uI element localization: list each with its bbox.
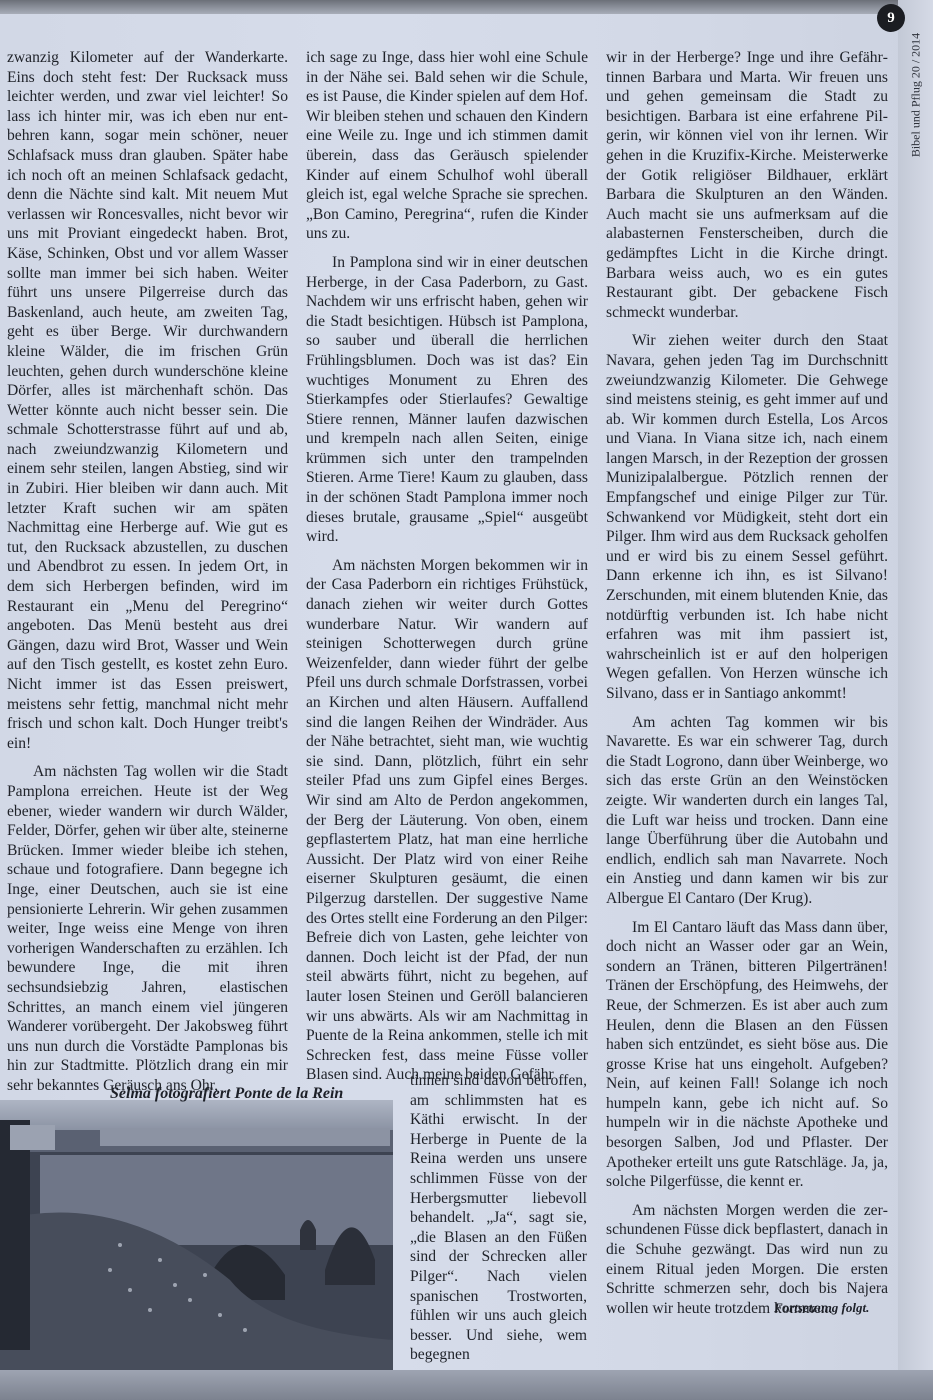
paragraph: ich sage zu Inge, dass hier wohl eine Sc… (306, 48, 588, 244)
column-2-wrapped-text: tinnen sind davon be­troffen, am schlimm… (410, 1071, 587, 1365)
bottom-shadow (0, 1370, 933, 1400)
running-title: Bibel und Pflug 20 / 2014 (906, 40, 926, 150)
paragraph: Wir ziehen weiter durch den Staat Navara… (606, 331, 888, 703)
column-3: wir in der Herberge? Inge und ihre Gefäh… (606, 48, 888, 1327)
paragraph: Am nächsten Morgen bekommen wir in der C… (306, 556, 588, 1085)
column-1: zwanzig Kilometer auf der Wanderkarte. E… (7, 48, 288, 1104)
page-edge-strip (898, 0, 933, 1400)
continued-note: Fortsetzung folgt. (774, 1300, 869, 1316)
paragraph: zwanzig Kilometer auf der Wanderkarte. E… (7, 48, 288, 753)
paragraph: Am achten Tag kommen wir bis Navarette. … (606, 713, 888, 909)
bridge-photo-image (0, 1100, 393, 1382)
page-number-badge: 9 (877, 4, 905, 32)
bridge-photo (0, 1100, 393, 1382)
paragraph: Im El Cantaro läuft das Mass dann über, … (606, 918, 888, 1192)
running-title-text: Bibel und Pflug 20 / 2014 (909, 33, 924, 157)
paragraph: wir in der Herberge? Inge und ihre Gefäh… (606, 48, 888, 322)
paragraph: Am nächsten Tag wollen wir die Stadt Pam… (7, 762, 288, 1095)
paragraph: In Pamplona sind wir in einer deut­schen… (306, 253, 588, 547)
photo-caption: Selma fotografiert Ponte de la Rein (110, 1085, 343, 1103)
column-2: ich sage zu Inge, dass hier wohl eine Sc… (306, 48, 588, 1094)
